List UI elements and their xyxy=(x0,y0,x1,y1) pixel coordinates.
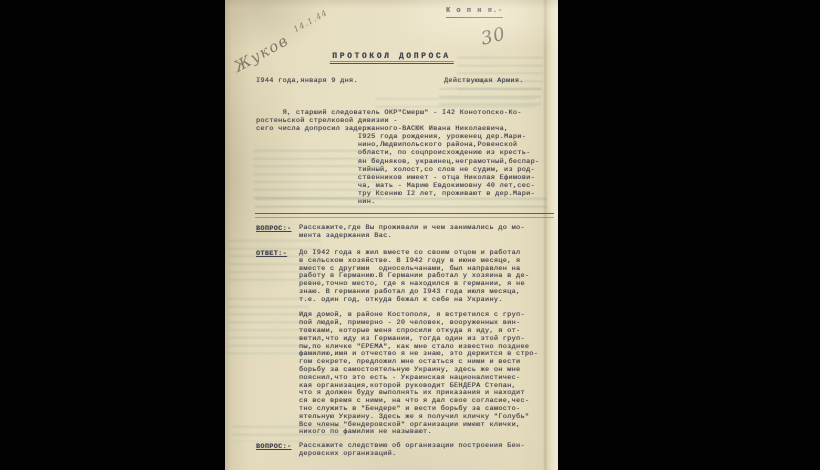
document-title: ПРОТОКОЛ ДОПРОСА xyxy=(329,52,453,65)
handwritten-page-number: 30 xyxy=(479,23,508,49)
separator-rule xyxy=(255,213,554,218)
question-2-text: Расскажите следствию об организации пост… xyxy=(299,443,525,459)
preamble-text: Я, старший следователь ОКР"Смерш" - I42 … xyxy=(256,109,539,206)
signature-name: Жуков xyxy=(231,31,292,76)
ink-bleed-artifact xyxy=(439,86,541,108)
handwritten-signature: Жуков 14.1.44 xyxy=(230,7,333,76)
date-line: I944 года,января 9 дня. xyxy=(256,78,358,86)
ink-bleed-artifact xyxy=(227,296,309,358)
question-1-label: ВОПРОС:- xyxy=(256,225,291,233)
scan-background: К о п и я.- Жуков 14.1.44 30 ПРОТОКОЛ ДО… xyxy=(0,0,820,470)
ink-bleed-artifact xyxy=(457,55,543,95)
question-1-text: Расскажите,где Вы проживали и чем занима… xyxy=(299,225,525,241)
copy-stamp: К о п и я.- xyxy=(446,8,503,18)
question-2-label: ВОПРОС:- xyxy=(256,443,291,451)
signature-date: 14.1.44 xyxy=(292,8,329,34)
army-line: Действующая Армия. xyxy=(444,78,524,86)
scanned-page: К о п и я.- Жуков 14.1.44 30 ПРОТОКОЛ ДО… xyxy=(225,0,558,470)
answer-label: ОТВЕТ:- xyxy=(256,250,287,258)
answer-text: До I942 года я жил вместе со своим отцом… xyxy=(299,250,538,437)
ink-bleed-artifact xyxy=(375,96,535,110)
